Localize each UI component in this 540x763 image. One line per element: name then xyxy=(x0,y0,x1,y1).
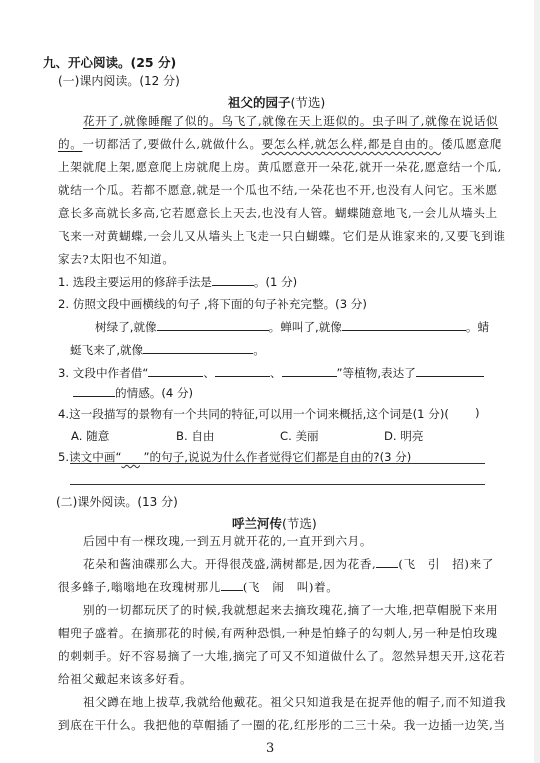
answer-blank[interactable] xyxy=(143,342,253,354)
passage2-line3: 很多蜂子,嗡嗡地在玫瑰树那儿(飞 闹 叫)着。 xyxy=(58,579,338,595)
answer-paren-close[interactable]: ) xyxy=(475,406,480,420)
question-2-fill-line1: 树绿了,就像。蝉叫了,就像。蜻 xyxy=(95,319,489,335)
part1-heading: (一)课内阅读。(12 分) xyxy=(58,72,180,89)
question-3-cont: 的情感。(4 分) xyxy=(73,385,193,401)
answer-blank[interactable] xyxy=(215,365,270,377)
question-text: ”等植物,表达了 xyxy=(337,366,416,380)
answer-line-2[interactable] xyxy=(70,484,485,485)
passage1-line2: 的。一切都活了,要做什么,就做什么。要怎么样,就怎么样,都是自由的。倭瓜愿意爬 xyxy=(58,136,502,152)
question-number: 1. xyxy=(58,275,69,289)
passage2-line2: 花朵和酱油碟那么大。开得很茂盛,满树都是,因为花香,(飞 引 招)来了 xyxy=(83,556,494,572)
passage2-line4: 别的一切都玩厌了的时候,我就想起来去摘玫瑰花,摘了一大堆,把草帽脱下来用 xyxy=(83,602,498,618)
passage2-line7: 给祖父戴起来该多好看。 xyxy=(58,671,192,687)
question-text: 文段中作者借“ xyxy=(73,366,149,380)
page-number: 3 xyxy=(266,741,274,756)
question-text: ”的句子,说说为什么作者觉得它们都是自由的?(3 分) xyxy=(143,450,411,464)
passage1-line3: 上架就爬上架,愿意爬上房就爬上房。黄瓜愿意开一朵花,就开一朵花,愿意结一个瓜, xyxy=(58,159,502,175)
passage1-line4: 就结一个瓜。若都不愿意,就是一个瓜也不结,一朵花也不开,也没有人问它。玉米愿 xyxy=(58,182,498,198)
answer-blank[interactable] xyxy=(157,319,269,331)
fill-text: 树绿了,就像 xyxy=(95,320,157,334)
passage2-line5: 帽兜子盛着。在摘那花的时候,有两种恐惧,一种是怕蜂子的勾刺人,另一种是怕玫瑰 xyxy=(58,625,498,641)
passage1-line1: 花开了,就像睡醒了似的。鸟飞了,就像在天上逛似的。虫子叫了,就像在说话似 xyxy=(83,113,498,129)
passage1-line6: 飞来一对黄蝴蝶,一会儿又从墙头上飞走一只白蝴蝶。它们是从谁家来的,又要飞到谁 xyxy=(58,228,506,244)
part2-heading: (二)课外阅读。(13 分) xyxy=(56,493,178,510)
passage-text: 来了 xyxy=(470,557,494,571)
word-choices: (飞 闹 叫) xyxy=(243,580,314,594)
answer-blank[interactable] xyxy=(376,556,398,568)
question-text: 的情感。(4 分) xyxy=(115,386,193,400)
answer-blank[interactable] xyxy=(221,579,243,591)
answer-line-1[interactable] xyxy=(70,463,485,464)
fill-text: 。蜻 xyxy=(466,320,489,334)
fill-text: 蜓飞来了,就像 xyxy=(70,343,143,357)
question-2: 2. 仿照文段中画横线的句子 ,将下面的句子补充完整。(3 分) xyxy=(58,296,367,312)
part2-title-text: 呼兰河传 xyxy=(232,516,282,531)
passage-text: 花朵和酱油碟那么大。开得很茂盛,满树都是,因为花香, xyxy=(83,557,376,571)
question-number: 2. xyxy=(58,297,69,311)
option-c[interactable]: C. 美丽 xyxy=(280,428,319,444)
option-d[interactable]: D. 明亮 xyxy=(384,428,424,444)
question-3: 3. 文段中作者借“、、”等植物,表达了 xyxy=(58,365,484,381)
part2-title: 呼兰河传(节选) xyxy=(232,514,317,532)
answer-blank[interactable] xyxy=(148,365,203,377)
part1-title: 祖父的园子(节选) xyxy=(228,93,325,111)
question-number: 4. xyxy=(58,407,69,421)
question-number: 5. xyxy=(58,450,69,464)
question-number: 3. xyxy=(58,366,69,380)
question-4: 4.这一段描写的景物有一个共同的特征,可以用一个词来概括,这个词是(1 分)( xyxy=(58,406,449,422)
underlined-sentence-end: 的。 xyxy=(58,137,82,151)
answer-blank[interactable] xyxy=(282,365,337,377)
underlined-sentence: 花开了,就像睡醒了似的。鸟飞了,就像在天上逛似的。虫子叫了,就像在说话似 xyxy=(83,114,498,128)
answer-blank[interactable] xyxy=(342,319,466,331)
part1-title-suffix: (节选) xyxy=(291,95,326,110)
question-text: 选段主要运用的修辞手法是 xyxy=(73,275,212,289)
passage2-line8: 祖父蹲在地上拔草,我就给他戴花。祖父只知道我是在捉弄他的帽子,而不知道我 xyxy=(83,694,506,710)
passage-text: 很多蜂子,嗡嗡地在玫瑰树那儿 xyxy=(58,580,221,594)
option-a[interactable]: A. 随意 xyxy=(71,428,109,444)
passage-text: 一切都活了,要做什么,就做什么。 xyxy=(82,137,261,151)
question-2-fill-line2: 蜓飞来了,就像。 xyxy=(70,342,265,358)
answer-blank[interactable] xyxy=(416,365,484,377)
passage1-line7: 家去?太阳也不知道。 xyxy=(58,251,175,267)
question-text: 仿照文段中画横线的句子 ,将下面的句子补充完整。(3 分) xyxy=(73,297,367,311)
question-score: 。(1 分) xyxy=(254,275,297,289)
wavy-underlined-sentence: 要怎么样,就怎么样,都是自由的。 xyxy=(262,137,441,151)
question-text: 读文中画“ xyxy=(69,450,121,464)
section-heading: 九、开心阅读。(25 分) xyxy=(43,53,176,71)
wavy-line-sample: ​ xyxy=(121,450,143,464)
passage2-line1: 后园中有一棵玫瑰,一到五月就开花的,一直开到六月。 xyxy=(83,533,372,549)
passage-text: 倭瓜愿意爬 xyxy=(441,137,502,151)
word-choices: (飞 引 招) xyxy=(398,557,469,571)
option-b[interactable]: B. 自由 xyxy=(176,428,215,444)
part1-title-text: 祖父的园子 xyxy=(228,95,291,110)
question-text: 这一段描写的景物有一个共同的特征,可以用一个词来概括,这个词是(1 分)( xyxy=(69,407,449,421)
passage2-line6: 的刺刺手。好不容易摘了一大堆,摘完了可又不知道做什么了。忽然异想天开,这花若 xyxy=(58,648,506,664)
answer-blank[interactable] xyxy=(73,385,115,397)
fill-text: 。蝉叫了,就像 xyxy=(269,320,342,334)
passage1-line5: 意长多高就长多高,它若愿意长上天去,也没有人管。蝴蝶随意地飞,一会儿从墙头上 xyxy=(58,205,498,221)
scan-edge xyxy=(534,0,540,763)
separator: 、 xyxy=(270,366,282,380)
passage-text: 着。 xyxy=(314,580,338,594)
answer-blank[interactable] xyxy=(212,274,254,286)
fill-text: 。 xyxy=(253,343,265,357)
separator: 、 xyxy=(203,366,215,380)
question-1: 1. 选段主要运用的修辞手法是。(1 分) xyxy=(58,274,297,290)
part2-title-suffix: (节选) xyxy=(282,516,317,531)
passage2-line9: 到底在干什么。我把他的草帽插了一圈的花,红彤彤的二三十朵。我一边插一边笑,当 xyxy=(58,717,506,733)
